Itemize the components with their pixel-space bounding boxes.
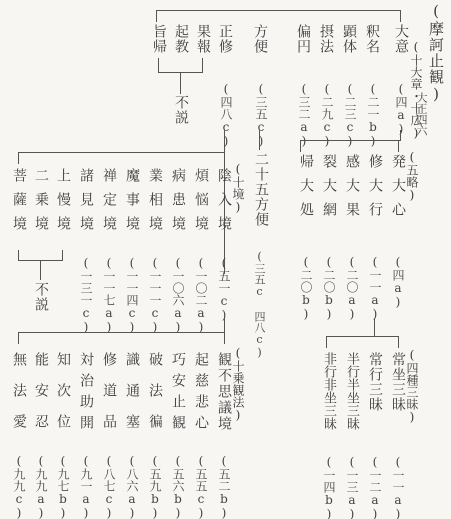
vehicle-ref: (九九c) [12, 454, 26, 519]
summary-item: 帰大処 [298, 154, 314, 226]
realm-ref: (一一四c) [125, 256, 139, 334]
chapter-shiki: 旨帰 [151, 24, 167, 54]
realm-item: 上慢境 [55, 168, 71, 240]
connector [224, 318, 225, 332]
vehicle-ref: (五五c) [194, 454, 208, 519]
vehicle-ref: (九一a) [79, 454, 93, 519]
samadhi-item: 常行三昧 [367, 352, 383, 412]
connector [300, 140, 401, 141]
vehicle-ref: (五九b) [148, 454, 162, 519]
not-taught-label: 不説 [33, 282, 49, 312]
vehicle-item: 無法愛 [11, 352, 27, 445]
realm-item: 病患境 [170, 168, 186, 240]
ten-realms-label: (十境) [230, 162, 246, 214]
chapter-ref: (四八c) [219, 82, 233, 148]
taisho-note: 大正四六 [415, 92, 427, 136]
connector [374, 318, 375, 336]
realm-ref: (一一七a) [102, 256, 116, 334]
samadhi-ref: (一二a) [368, 455, 382, 519]
connector [18, 250, 19, 260]
chapter-hoben: 方便 [252, 24, 268, 54]
realm-item: 二乗境 [33, 168, 49, 240]
chapter-kikyo: 起教 [173, 24, 189, 54]
connector [180, 72, 181, 94]
vehicle-item: 破法徧 [147, 352, 163, 445]
vehicle-ref: (九九a) [34, 454, 48, 519]
chapter-ref: (二九c) [320, 82, 334, 148]
connector [259, 130, 260, 150]
chapter-ref: (三五c) [254, 82, 268, 148]
connector [18, 152, 19, 164]
realm-item: 禅定境 [101, 168, 117, 240]
chapter-ref: (四a) [394, 82, 408, 136]
realm-item: 菩薩境 [11, 168, 27, 240]
chapter-kentai: 顕体 [341, 24, 357, 54]
four-samadhi-label: (四種三昧) [404, 348, 420, 424]
connector [300, 140, 301, 152]
realm-ref: (一〇六a) [171, 256, 185, 334]
vehicle-item: 知次位 [55, 352, 71, 445]
samadhi-item: 非行非坐三昧 [321, 352, 335, 430]
vehicle-item: 起慈悲心 [193, 352, 209, 436]
connector [158, 58, 159, 72]
vehicle-ref: (五二b) [217, 454, 231, 519]
connector [202, 58, 203, 72]
vehicle-ref: (八六a) [125, 454, 139, 519]
bracket-tick [400, 10, 401, 22]
summary-item: 発大心 [390, 154, 406, 226]
expedients-ref: (三五c 四八c) [252, 250, 266, 359]
realm-item: 煩悩境 [193, 168, 209, 240]
chapter-taii: 大意 [393, 24, 409, 54]
connector [40, 260, 41, 280]
vehicle-ref: (八七c) [102, 454, 116, 519]
vehicle-item: 修道品 [101, 352, 117, 445]
realm-item: 魔事境 [124, 168, 140, 240]
connector [62, 250, 63, 260]
summary-ref: (一一a) [368, 255, 382, 321]
chapter-shoshu: 正修 [217, 24, 233, 54]
samadhi-ref: (一三a) [345, 455, 359, 519]
realm-item: 諸見境 [78, 168, 94, 240]
vehicle-item: 対治助開 [78, 352, 94, 436]
realm-ref: (一三一c) [79, 256, 93, 334]
realm-ref: (一一一c) [148, 256, 162, 334]
realm-item: 陰入境 [216, 168, 232, 240]
not-taught-label: 不説 [173, 95, 189, 125]
realm-item: 業相境 [147, 168, 163, 240]
bracket-tick [156, 10, 157, 22]
connector [326, 336, 399, 337]
vehicle-item: 観不思議境 [216, 352, 232, 432]
vehicle-ref: (九七b) [56, 454, 70, 519]
connector [326, 336, 327, 348]
chapter-shakumyo: 釈名 [364, 24, 380, 54]
connector [398, 336, 399, 348]
summary-ref: (二〇b) [299, 255, 313, 321]
chapters-bracket [156, 10, 401, 11]
chapter-ref: (二三c) [343, 82, 357, 148]
chapter-kaho: 果報 [195, 24, 211, 54]
connector [18, 152, 224, 153]
five-summaries-label: (五略) [404, 150, 420, 202]
chapter-ref: (三二a) [297, 82, 311, 148]
diagram-title: (摩訶止観) [428, 2, 444, 104]
connector [400, 130, 401, 140]
connector [398, 140, 399, 152]
vehicle-item: 巧安止観 [170, 352, 186, 436]
samadhi-item: 半行半坐三昧 [344, 352, 358, 430]
summary-ref: (四a) [391, 255, 405, 309]
chapter-ref: (二一b) [366, 82, 380, 148]
connector [18, 332, 224, 333]
samadhi-ref: (一四b) [322, 455, 336, 519]
chapter-shoho: 摂法 [318, 24, 334, 54]
chapter-hennen: 偏円 [295, 24, 311, 54]
samadhi-item: 常坐三昧 [390, 352, 406, 412]
summary-item: 修大行 [367, 154, 383, 226]
summary-ref: (二〇b) [322, 255, 336, 321]
vehicle-item: 能安忍 [33, 352, 49, 445]
summary-ref: (二〇a) [345, 255, 359, 321]
vehicle-ref: (五六b) [171, 454, 185, 519]
realm-ref: (五一c) [217, 256, 231, 322]
samadhi-ref: (一一a) [391, 455, 405, 519]
ten-vehicles-label: (十乗観法) [230, 346, 246, 422]
connector [224, 332, 225, 344]
vehicle-item: 識通塞 [124, 352, 140, 445]
summary-item: 感大果 [344, 154, 360, 226]
connector [18, 332, 19, 344]
summary-item: 裂大網 [321, 154, 337, 226]
twenty-five-expedients: 二十五方便 [253, 152, 269, 227]
realm-ref: (一〇二a) [194, 256, 208, 334]
